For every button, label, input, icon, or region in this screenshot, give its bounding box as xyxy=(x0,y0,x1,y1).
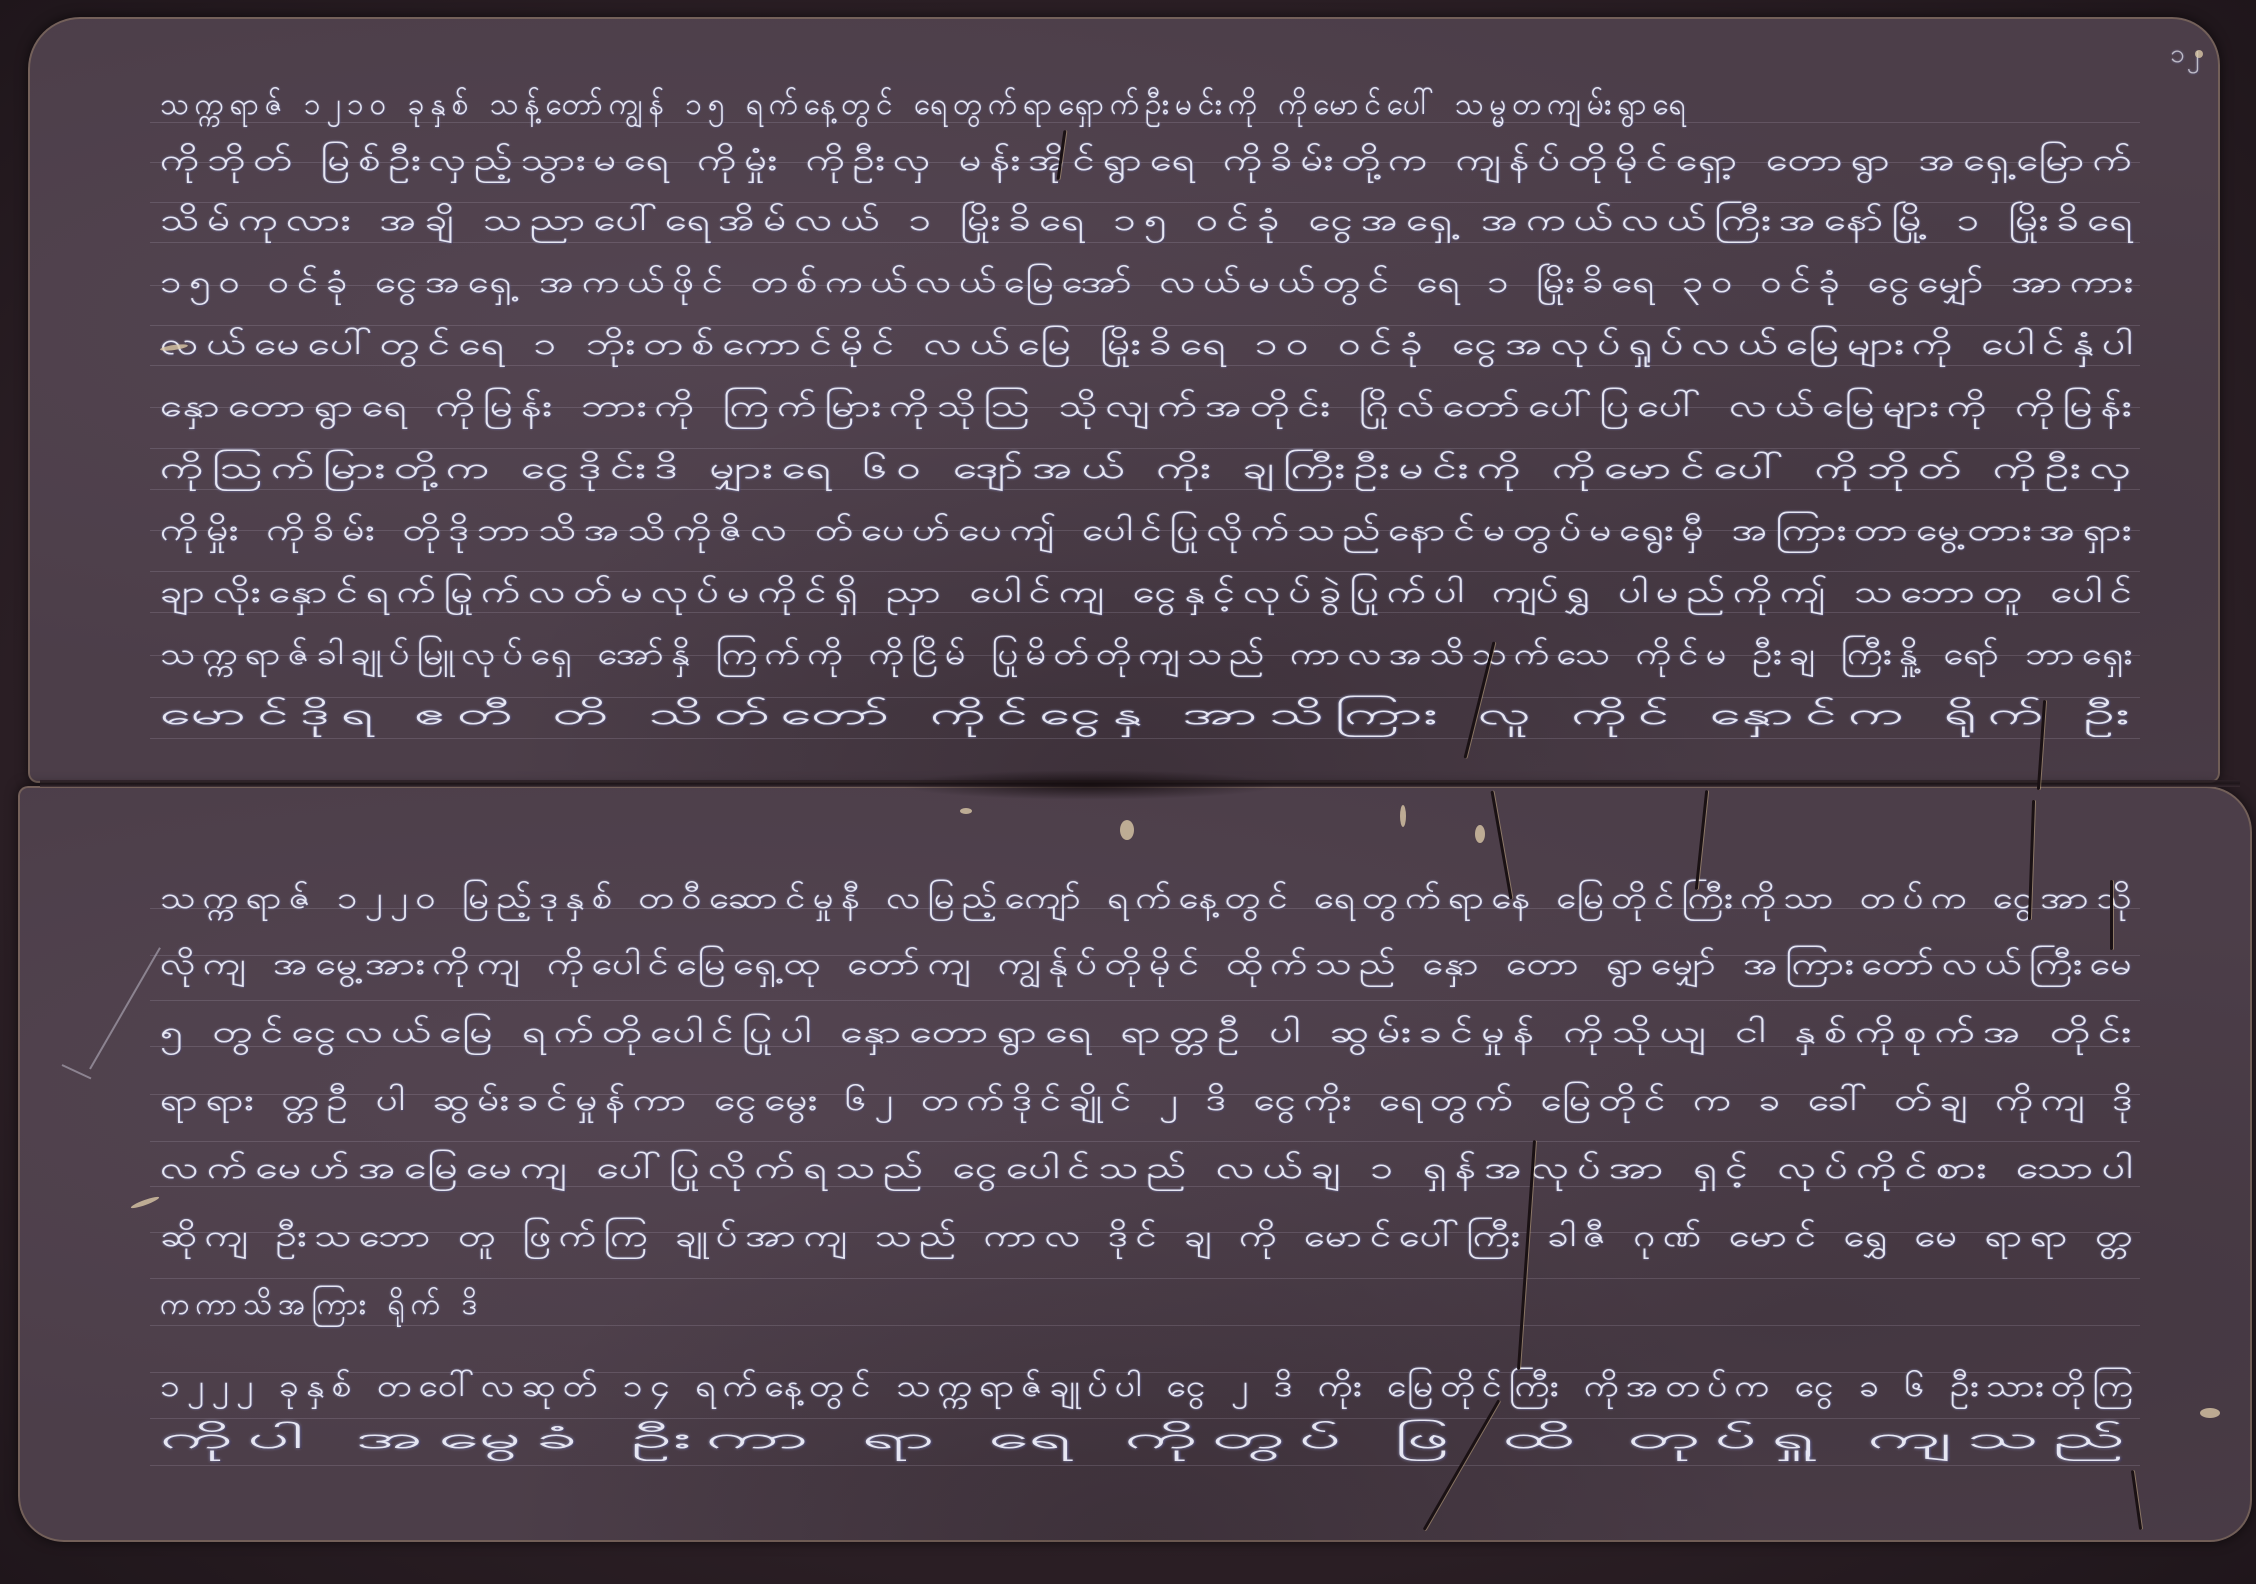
manuscript-line: ဆိုကျ ဦးသဘော တူ ဖြက်ကြ ချုပ်အာကျ သည် ကာလ… xyxy=(160,1216,2140,1261)
manuscript-line: မောင်ဒိုရ ဧတီ တိ သိတ်တော် ကိုင်ငွေနှ အာသ… xyxy=(160,694,2141,739)
manuscript-line: ကကာသိအကြား ရိုက် ဒိ xyxy=(160,1284,483,1329)
manuscript-line: ရာရား တ္တဦ ပါ ဆွမ်းခင်မှုန်ကာ ငွေမွေး ၆၂… xyxy=(160,1080,2140,1125)
damage-flake xyxy=(1120,820,1134,840)
manuscript-line: ကိုဘိုတ် မြစ်ဦးလှည့်သွားမရေ ကိုမှုံး ကို… xyxy=(160,140,2140,185)
manuscript-line: ၅ တွင်ငွေလယ်မြေ ရက်တိုပေါင်ပြုပါ နှောတော… xyxy=(160,1012,2139,1057)
damage-flake xyxy=(2200,1408,2220,1418)
ruling-line xyxy=(150,1278,2140,1279)
manuscript-line: ချာလိုးနှောင်ရက်မြုက်လတ်မလုပ်မကိုင်ရှိ ည… xyxy=(160,572,2140,617)
manuscript-line: ၁၂၂၂ ခုနှစ် တဝေါ်လဆုတ် ၁၄ ရက်နေ့တွင် သက္… xyxy=(160,1366,2140,1411)
manuscript-line: ကိုသြက်မြားတို့က ငွေဒိုင်းဒိ မျှားရေ ၆၀ … xyxy=(160,448,2140,493)
manuscript-line: ကိုပါ အမွေခံ ဦးကာ ရာ ရေ ကိုတွပ် ဖြ ထိ တု… xyxy=(160,1418,2140,1463)
ruling-line xyxy=(150,1000,2140,1001)
manuscript-line: လက်မေဟ်အမြေမေကျ ပေါ်ပြုလိုက်ရသည် ငွေပေါင… xyxy=(160,1148,2140,1193)
manuscript-line: ၁၅၀ ဝင်ခုံ ငွေအရှေ့ အကယ်ဖိုင် တစ်ကယ်လယ်မ… xyxy=(160,262,2141,307)
manuscript-line: သိမ်ကုလား အချိ သညာပေါ်ရေအိမ်လယ် ၁ မြိုးခ… xyxy=(160,200,2140,245)
fold-stain xyxy=(900,770,1280,800)
damage-flake xyxy=(2195,50,2203,58)
ruling-line xyxy=(150,1465,2140,1466)
ruling-line xyxy=(150,1141,2140,1142)
damage-flake xyxy=(960,808,972,814)
manuscript-line: လိုကျ အမွေ့အားကိုကျ ကိုပေါင်မြေရှေ့ထု တေ… xyxy=(160,944,2139,989)
manuscript-line: ကိုမှိုး ကိုခိမ်း တိုဒိုဘာသိအသိကိုဇိလ တ်… xyxy=(160,510,2139,555)
manuscript-line: သက္ကရာဇ် ၁၂၁၀ ခုနှစ် သန့်တော်ကျွန် ၁၅ ရက… xyxy=(160,84,2140,129)
manuscript-line: လယ်မေပေါ်တွင်ရေ ၁ ဘိုးတစ်ကောင်မိုင် လယ်မ… xyxy=(160,324,2141,369)
crack-mark xyxy=(2110,880,2113,950)
manuscript-line: သက္ကရာဇ်ခါချုပ်မြူလုပ်ရှေ အော်နှိ ကြက်ကိ… xyxy=(160,634,2140,679)
manuscript-line: သက္ကရာဇ် ၁၂၂၀ မြည့်ဒုနှစ် တဝီဆောင်မှုနီ … xyxy=(160,878,2139,923)
damage-flake xyxy=(1400,805,1406,827)
damage-flake xyxy=(1475,825,1485,843)
manuscript-line: နှောတောရွာရေ ကိုမြန်း ဘားကို ကြက်မြားကို… xyxy=(160,386,2140,431)
